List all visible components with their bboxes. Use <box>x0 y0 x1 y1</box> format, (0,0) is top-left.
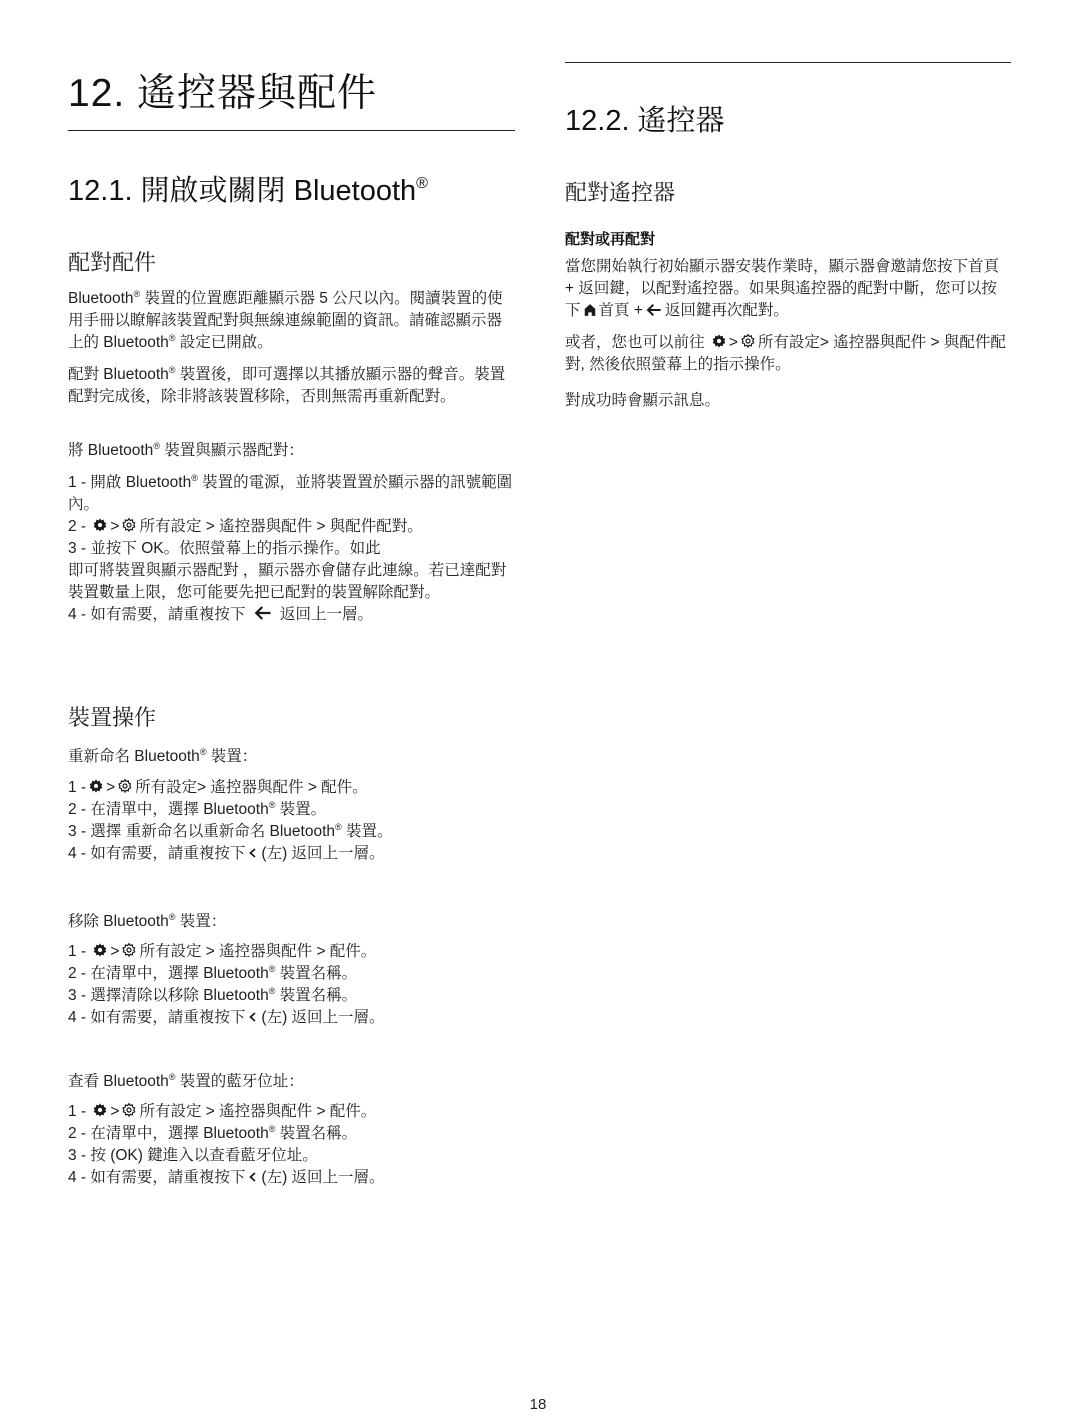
section-rule <box>565 62 1011 63</box>
gear-outline-icon <box>121 1102 137 1118</box>
gear-filled-icon <box>711 333 727 349</box>
gear-filled-icon <box>92 517 108 533</box>
pair-step-2: 2 - >所有設定 > 遙控器與配件 > 與配件配對。 <box>68 516 515 538</box>
pair-step-4: 4 - 如有需要，請重複按下 返回上一層。 <box>68 604 515 626</box>
bluetooth-distance-paragraph: Bluetooth® 裝置的位置應距離顯示器 5 公尺以內。閱讀裝置的使用手冊以… <box>68 288 515 354</box>
remove-step-4: 4 - 如有需要，請重複按下(左) 返回上一層。 <box>68 1007 515 1029</box>
pair-remote-paragraph: 當您開始執行初始顯示器安裝作業時，顯示器會邀請您按下首頁 + 返回鍵，以配對遙控… <box>565 256 1011 322</box>
section-title-remote: 12.2. 遙控器 <box>565 98 725 139</box>
gear-filled-icon <box>92 942 108 958</box>
chapter-title: 12. 遙控器與配件 <box>68 62 377 118</box>
pair-accessory-heading: 配對配件 <box>68 246 156 277</box>
gear-filled-icon <box>88 778 104 794</box>
address-step-3: 3 - 按 (OK) 鍵進入以查看藍牙位址。 <box>68 1145 515 1167</box>
pair-intro: 將 Bluetooth® 裝置與顯示器配對： <box>68 440 515 462</box>
pair-step-1: 1 - 開啟 Bluetooth® 裝置的電源，並將裝置置於顯示器的訊號範圍內。 <box>68 472 515 516</box>
chevron-left-icon <box>247 846 259 860</box>
chevron-left-icon <box>247 1010 259 1024</box>
rename-step-2: 2 - 在清單中，選擇 Bluetooth® 裝置。 <box>68 799 515 821</box>
remove-intro: 移除 Bluetooth® 裝置： <box>68 911 226 933</box>
rename-step-1: 1 ->所有設定> 遙控器與配件 > 配件。 <box>68 777 515 799</box>
pair-step-3: 3 - 並按下 OK。依照螢幕上的指示操作。如此 <box>68 538 515 560</box>
rename-intro: 重新命名 Bluetooth® 裝置： <box>68 746 257 768</box>
rename-steps: 1 ->所有設定> 遙控器與配件 > 配件。 2 - 在清單中，選擇 Bluet… <box>68 777 515 865</box>
address-steps: 1 - >所有設定 > 遙控器與配件 > 配件。 2 - 在清單中，選擇 Blu… <box>68 1101 515 1189</box>
remove-step-3: 3 - 選擇清除以移除 Bluetooth® 裝置名稱。 <box>68 985 515 1007</box>
pair-again-heading: 配對或再配對 <box>565 228 655 249</box>
arrow-left-icon <box>252 604 274 622</box>
gear-outline-icon <box>117 778 133 794</box>
gear-filled-icon <box>92 1102 108 1118</box>
address-intro: 查看 Bluetooth® 裝置的藍牙位址： <box>68 1071 304 1093</box>
address-step-1: 1 - >所有設定 > 遙控器與配件 > 配件。 <box>68 1101 515 1123</box>
success-message-paragraph: 對成功時會顯示訊息。 <box>565 390 1011 412</box>
chevron-left-icon <box>247 1170 259 1184</box>
address-step-4: 4 - 如有需要，請重複按下(左) 返回上一層。 <box>68 1167 515 1189</box>
chapter-rule <box>68 130 515 131</box>
rename-step-4: 4 - 如有需要，請重複按下(左) 返回上一層。 <box>68 843 515 865</box>
remove-step-1: 1 - >所有設定 > 遙控器與配件 > 配件。 <box>68 941 515 963</box>
address-step-2: 2 - 在清單中，選擇 Bluetooth® 裝置名稱。 <box>68 1123 515 1145</box>
gear-outline-icon <box>740 333 756 349</box>
gear-outline-icon <box>121 942 137 958</box>
rename-step-3: 3 - 選擇 重新命名以重新命名 Bluetooth® 裝置。 <box>68 821 515 843</box>
device-ops-heading: 裝置操作 <box>68 701 156 732</box>
arrow-left-icon <box>645 302 663 318</box>
remove-step-2: 2 - 在清單中，選擇 Bluetooth® 裝置名稱。 <box>68 963 515 985</box>
pair-step-3-cont: 即可將裝置與顯示器配對 ，顯示器亦會儲存此連線。若已達配對裝置數量上限，您可能要… <box>68 560 515 604</box>
pair-remote-heading: 配對遙控器 <box>565 176 675 207</box>
home-icon <box>583 303 597 317</box>
pair-audio-paragraph: 配對 Bluetooth® 裝置後，即可選擇以其播放顯示器的聲音。裝置配對完成後… <box>68 364 515 408</box>
pair-steps: 1 - 開啟 Bluetooth® 裝置的電源，並將裝置置於顯示器的訊號範圍內。… <box>68 472 515 626</box>
section-title-bluetooth: 12.1. 開啟或關閉 Bluetooth® <box>68 168 428 209</box>
gear-outline-icon <box>121 517 137 533</box>
page-number: 18 <box>0 1396 1076 1413</box>
remove-steps: 1 - >所有設定 > 遙控器與配件 > 配件。 2 - 在清單中，選擇 Blu… <box>68 941 515 1029</box>
alternative-paragraph: 或者，您也可以前往 >所有設定> 遙控器與配件 > 與配件配對, 然後依照螢幕上… <box>565 332 1011 376</box>
